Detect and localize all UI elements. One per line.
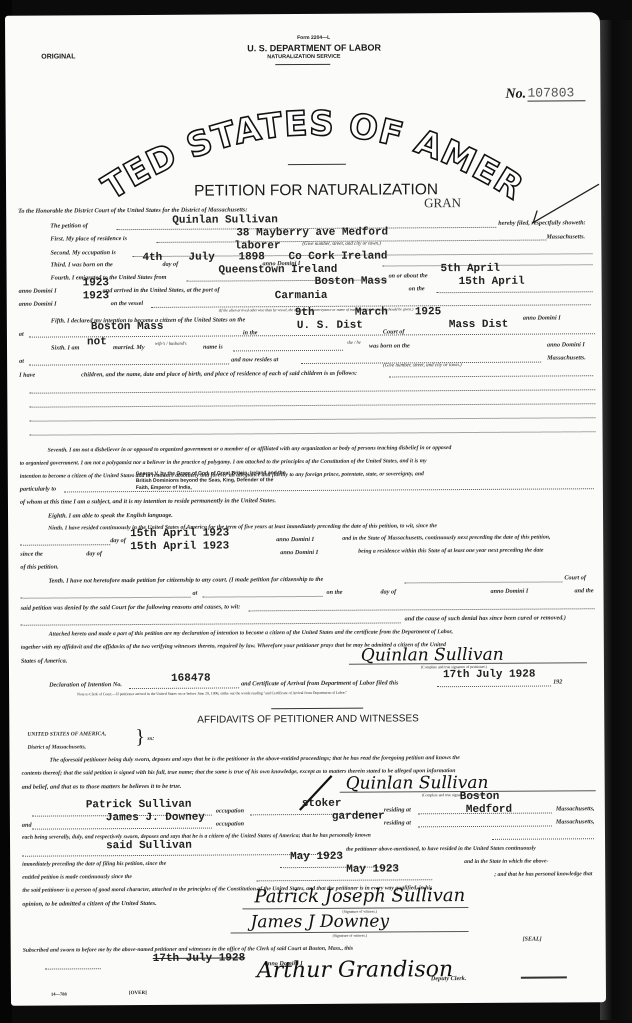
anno-domini-label: anno Domini I [19,288,57,295]
marital-status: not [87,336,107,348]
born-on-label: was born on the [369,342,410,349]
department-name: U. S. DEPARTMENT OF LABOR [247,43,381,54]
marital-label: Sixth. I am [51,344,79,351]
affidavits-title: AFFIDAVITS OF PETITIONER AND WITNESSES [197,713,419,725]
seal-label: [SEAL] [523,937,542,943]
vessel-name: Carmania [275,290,328,302]
known-person: said Sullivan [106,840,192,853]
occupation-label: occupation [216,820,244,827]
jurisdiction-line-1: UNITED STATES OF AMERICA, [27,731,106,737]
and-the-label: and the [574,587,593,594]
day-of-label: day of [86,550,102,557]
wife-husband-label: wife's / husband's [155,341,187,346]
declared-month: March [355,306,388,318]
note-to-clerk: Note to Clerk of Court.—If petitioner ar… [77,691,347,697]
resides-label: and now resides at [231,356,278,363]
witness-clause-line-5: entitled petition is made continuously s… [22,874,132,881]
seventh-clause-line-2: to organized government. I am not a poly… [20,458,427,466]
witness-1-name: Patrick Sullivan [86,799,192,812]
hereby-filed-text: hereby filed, respectfully showeth: [498,219,585,227]
birth-month: July [188,252,214,264]
birth-place: Co Cork Ireland [288,250,387,263]
anno-domini-label: anno Domini I [490,588,528,595]
ninth-clause-line-1: Ninth. I have resided continuously in th… [48,523,437,531]
sworn-date: 17th July 1928 [153,952,245,965]
at-label: at [19,358,24,365]
emigrated-from: Queenstown Ireland [219,264,338,277]
eighth-clause: Eighth. I am able to speak the English l… [48,512,173,520]
and-label: and [22,822,32,829]
on-or-about-label: on or about the [389,272,428,279]
witness-2-signature: James J Downey [250,911,389,932]
witness-2-name: James J. Downey [106,812,205,825]
on-the-label: on the [409,285,425,292]
witness-1-residence: Boston [460,791,500,803]
birth-day: 4th [142,252,162,264]
witness-state-since: May 1923 [346,863,399,875]
attached-clause-line-3: States of America. [21,657,67,664]
oath-line-3: and belief, and that as to those matters… [22,783,182,791]
declaration-no-label: Declaration of Intention No. [49,681,122,688]
witness-clause-line-3: immediately preceding the date of filing… [22,861,166,868]
witness-2-residence: Medford [466,804,512,816]
jurisdiction-line-2: District of Massachusetts, [27,744,86,750]
witness-1-occupation: stoker [302,798,342,810]
sovereign-line-1: George V, by the Grace of God, of Great … [136,470,286,477]
clerk-signature: Arthur Grandison [257,957,453,983]
day-of-label: day of [162,261,178,268]
service-name: NATURALIZATION SERVICE [267,54,340,60]
anno-domini-label: anno Domini I [280,549,318,556]
brace-icon: } [135,727,145,747]
certificate-label: and Certificate of Arrival from Departme… [241,679,398,687]
arrival-year: 1923 [83,290,109,302]
at-label: at [192,590,197,597]
emigrated-date: 5th April [441,263,500,275]
residence-hint: (Give number, street, and city or town.) [302,242,381,247]
footer-form-code: 14—788 [51,991,67,996]
birth-label: Third. I was born on the [50,261,112,268]
court-address: To the Honorable the District Court of t… [18,206,247,214]
witness-clause-line-8: opinion, to be admitted a citizen of the… [22,900,156,908]
declared-day: 9th [295,307,315,319]
residence-label: First. My place of residence is [50,235,127,242]
filed-date: 17th July 1928 [443,669,535,682]
seventh-clause-line-4: of whom at this time I am a subject, and… [20,497,276,506]
naturalization-petition-page: Form 2204—L U. S. DEPARTMENT OF LABOR NA… [5,12,606,1006]
ninth-clause-line-2: and in the State of Massachusetts, conti… [342,535,550,542]
sovereign-line-2: British Dominions beyond the Seas, King,… [136,477,274,484]
granted-stamp: GRAN [424,195,461,211]
over-label: [OVER] [129,991,147,996]
witness-clause-line-1: each being severally, duly, and respecti… [22,833,371,841]
vessel-label: on the vessel [111,300,143,307]
port-of-arrival: Boston Mass [315,275,388,287]
witness-clause-line-2: the petitioner above-mentioned, to have … [346,846,536,853]
massachusetts-label: Massachusetts, [556,818,595,825]
witness-clause-line-4: and in the State in which the above- [464,859,548,866]
at-label: at [19,331,24,338]
ninth-clause-line-4: of this petition. [20,564,58,571]
petition-number: 107803 [527,85,585,101]
tenth-clause-line-3: and the cause of such denial has since b… [405,614,566,622]
deputy-clerk-label: Deputy Clerk. [431,975,466,982]
declared-court: U. S. Dist [297,320,363,332]
arrived-label: and arrived in the United States, at the… [103,287,220,295]
she-he-label: she / he [347,340,361,345]
birth-year: 1898 [238,251,264,263]
anno-domini-label: anno Domini I [547,341,585,348]
copy-label: ORIGINAL [41,53,75,60]
anno-domini-label: anno Domini I [523,314,561,321]
witness-2-occupation: gardener [332,811,385,823]
name-is-label: name is [203,344,223,351]
witness-us-since: May 1923 [290,851,343,863]
oath-line-1: The aforesaid petitioner being duly swor… [50,755,460,764]
i-have-label: I have [19,372,35,379]
residing-label: residing at [384,819,411,826]
witness-1-signature: Patrick Joseph Sullivan [254,885,465,907]
ninth-us-since: 15th April 1923 [130,527,229,540]
massachusetts-label: Massachusetts. [546,233,585,240]
ninth-clause-line-3: being a residence within this State of a… [358,548,543,555]
occupation-label: occupation [216,807,244,814]
court-of-label: Court of [564,574,586,581]
petition-of-label: The petition of [50,222,88,229]
day-of-label: day of [380,588,396,595]
attached-clause-line-1: Attached hereto and made a part of this … [49,629,453,637]
declared-district: Mass Dist [449,319,508,331]
particularly-to-label: particularly to [20,486,56,493]
petition-title: PETITION FOR NATURALIZATION [194,181,438,200]
declared-year: 1925 [415,306,441,318]
massachusetts-label: Massachusetts. [547,354,586,361]
massachusetts-label: Massachusetts, [556,805,595,812]
petitioner-name: Quinlan Sullivan [172,214,278,227]
anno-domini-label: anno Domini I [276,536,314,543]
residing-label: residing at [384,806,411,813]
witness-hint: (Signature of witness.) [333,934,368,938]
tenth-clause-line-2: said petition was denied by the said Cou… [21,603,241,611]
arrival-date: 15th April [459,276,525,288]
seventh-clause-line-1: Seventh. I am not a disbeliever in or op… [48,445,452,453]
witness-clause-line-6: ; and that he has personal knowledge tha… [494,871,592,878]
anno-domini-label: anno Domini I [19,301,57,308]
married-text: married. My [113,344,145,351]
tenth-clause-line-1: Tenth. I have not heretofore made petiti… [48,576,323,585]
day-of-label: day of [110,537,126,544]
ninth-state-since: 15th April 1923 [130,540,229,553]
since-the-label: since the [20,551,43,558]
ss-label: ss: [147,735,154,742]
declaration-number: 168478 [171,673,211,685]
on-the-label: on the [326,589,342,596]
residence-value: 38 Mayberry ave Medford [236,226,388,239]
form-number: Form 2204—L [297,35,330,41]
year-suffix: 192 [553,678,562,685]
occupation-label: Second. My occupation is [50,249,115,256]
resides-hint: (Give number, street, and city or town.) [383,363,462,368]
declared-at: Boston Mass [91,321,164,333]
children-text: children, and the name, date and place o… [81,370,357,379]
